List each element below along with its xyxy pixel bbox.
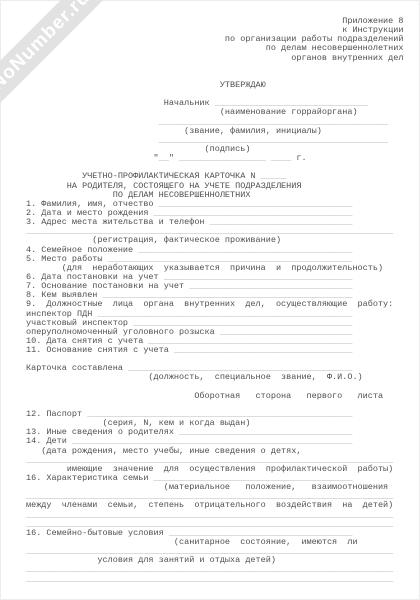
doc-line: 11. Основание снятия с учета ___________… [26, 346, 403, 355]
doc-line: органов внутренних дел [26, 54, 403, 63]
doc-line: (должность, специальное звание, Ф.И.О.) [26, 373, 403, 382]
doc-line: Оборотная сторона первого листа [26, 392, 403, 401]
doc-line: ________________________________________… [26, 575, 403, 584]
document-page: NoNumber.ru Приложение 8 к Инструкции [0, 0, 420, 600]
doc-line: УТВЕРЖДАЮ [26, 81, 403, 90]
doc-line [26, 63, 403, 72]
document-body: Приложение 8 к Инструкции по организации… [26, 17, 403, 584]
doc-line: "__" _________________ ____ г. [26, 154, 403, 163]
